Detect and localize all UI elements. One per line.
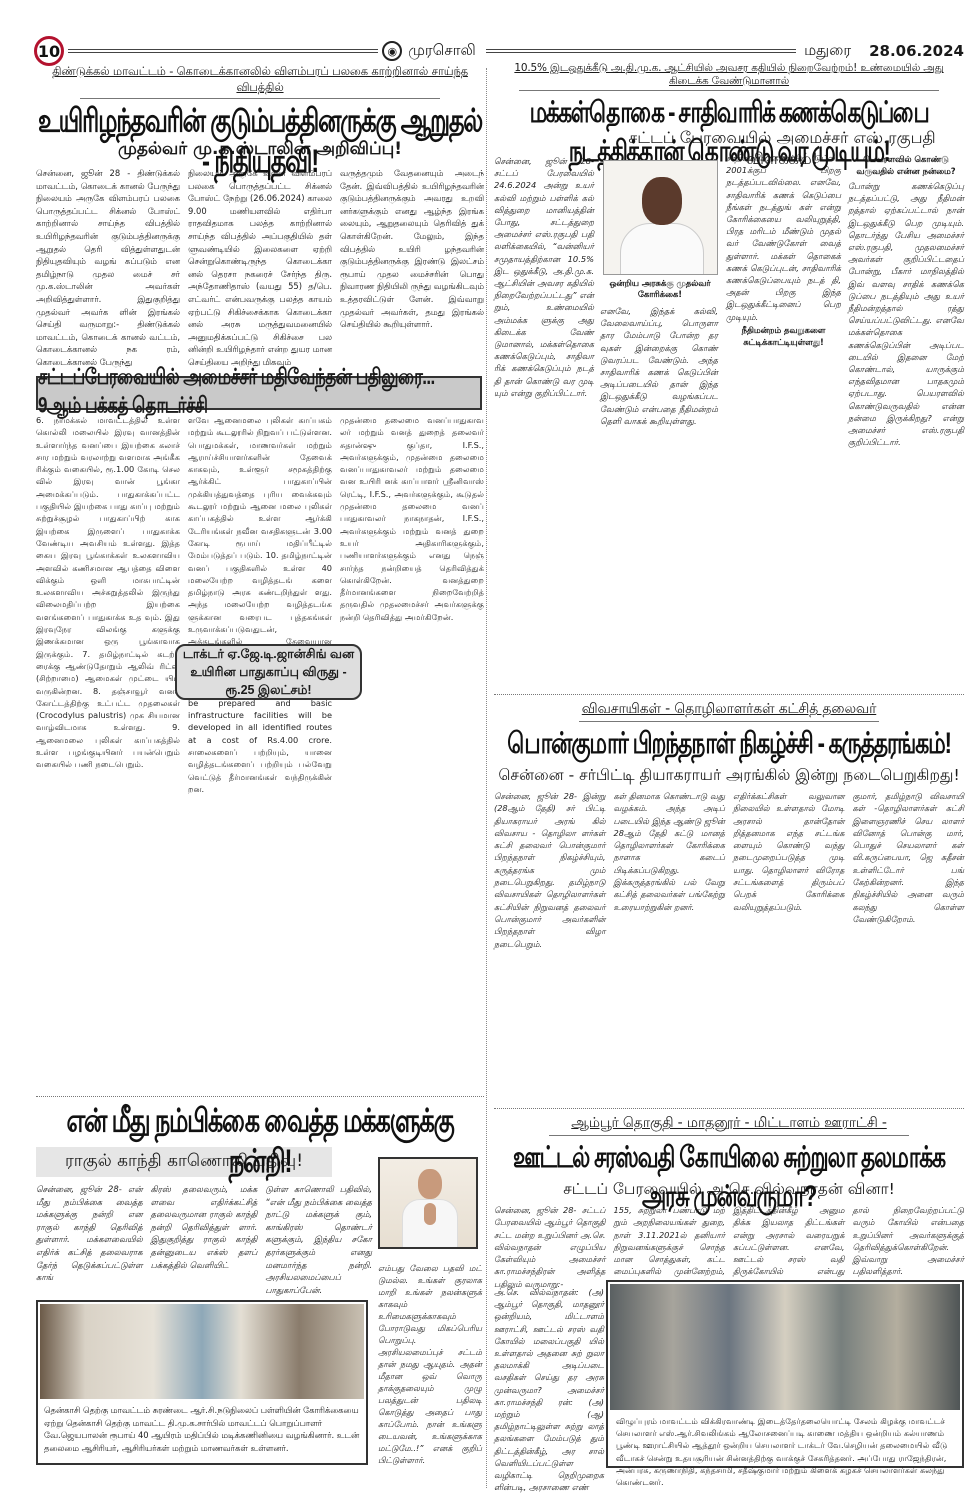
continuation-banner: சட்டப்பேரவையில் அமைச்சர் மதிவேந்தன் பதில… — [36, 376, 482, 410]
newspaper-page: 10 ◉ முரசொலி மதுரை 28.06.2024 திண்டுக்கல… — [0, 0, 972, 1500]
article-headline: ஊட்டல் சரஸ்வதி கோயிலை சுற்றுலா தலமாக்க அ… — [494, 1140, 964, 1183]
article-column: சென்னை, ஜூன் 28- சட்டப் பேரவையில் ஆம்பூர… — [494, 1204, 606, 1290]
photo-caption: ஒன்றிய அரசுக்கு முதல்வர் கோரிக்கை! — [604, 278, 716, 300]
article-column: 6. நாமக்கல் மாவட்டத்தில் உள்ள கொல்லி மலை… — [36, 414, 180, 795]
article-column: சாதிவாரிக் கணக்கெ டுப்பை 2001க்குப் பிறக… — [726, 152, 841, 323]
photo-caption: விழுப்புரம் மாவட்டம் விக்கிரவாண்டி இடைத்… — [608, 1412, 962, 1491]
article-column: முதன்மை தலைமை வனப்பாதுகாவ லர் மற்றும் வன… — [340, 414, 484, 795]
issue-date: 28.06.2024 — [869, 42, 964, 60]
article-column: போன்று கணக்கெடுப்பு நடத்தப்பட்டு, அது நீ… — [848, 180, 964, 448]
article-kicker: திண்டுக்கல் மாவட்டம் - கொடைக்கானலில் விள… — [36, 64, 484, 96]
article-body: 6. நாமக்கல் மாவட்டத்தில் உள்ள கொல்லி மலை… — [36, 414, 484, 795]
masthead-rule — [68, 49, 378, 53]
column-divider — [486, 68, 487, 1488]
divider — [494, 1108, 964, 1109]
article-kicker: 10.5% இடஒதுக்கீடு அ.தி.மு.க. ஆட்சியில் அ… — [494, 62, 964, 88]
article-column: டுள்ள காணொலி பதிவில், “என் மீது நம்பிக்க… — [265, 1183, 372, 1296]
article-column-block: எனவே, இந்தக் கல்வி, வேலைவாய்ப்பு, பொருளா… — [600, 305, 718, 427]
article-forest-department: 6. நாமக்கல் மாவட்டத்தில் உள்ள கொல்லி மலை… — [36, 414, 484, 795]
divider — [494, 694, 964, 695]
article-column: குமார், தமிழ்நாடு விவசாயி கள் -தொழிலாளர்… — [853, 790, 965, 950]
award-callout-box: டாக்டர் ஏ.ஜே.டி.ஜான்சிங் வன உயிரின பாதுக… — [175, 644, 362, 700]
minister-photo — [603, 160, 718, 275]
masthead-rule — [486, 49, 796, 53]
article-column: சென்னை, ஜூன் 28- இன்று (28ஆம் தேதி) சர் … — [494, 790, 606, 950]
news-photo — [610, 1284, 960, 1410]
article-column: அ.செ. வில்வநாதன்: (அ) ஆம்பூர் தொகுதி, மா… — [494, 1286, 604, 1493]
rahul-gandhi-photo — [378, 1157, 478, 1249]
article-kicker: விவசாயிகள் - தொழிலாளர்கள் கட்சித் தலைவர் — [494, 701, 964, 719]
inline-subheading: நீதிமன்றம் தவறுகளை சுட்டிக்காட்டியுள்ளது… — [726, 325, 841, 349]
article-column: தால் நிறைவேற்றப்பட்டு வரும் கோயில் என்பத… — [853, 1204, 965, 1290]
divider — [80, 98, 440, 99]
article-column: எம்பது வேலை பதவி மட் டுமல்ல. உங்கள் குரல… — [378, 1262, 482, 1466]
campaign-photo: விழுப்புரம் மாவட்டம் விக்கிரவாண்டி இடைத்… — [606, 1280, 964, 1468]
article-column: நிலையம் அருகே உள்ள விளம்பரப் பலகை பொருத்… — [188, 167, 332, 369]
article-column-block: அ.செ. வில்வநாதன்: (அ) ஆம்பூர் தொகுதி, மா… — [494, 1286, 604, 1493]
divider — [36, 1096, 484, 1097]
article-column-block: சாதிவாரிக் கணக்கெ டுப்பை 2001க்குப் பிறக… — [726, 152, 841, 351]
article-ponkumar: விவசாயிகள் - தொழிலாளர்கள் கட்சித் தலைவர்… — [494, 694, 964, 950]
article-body: சென்னை, ஜூன் 28 - திண்டுக்கல் மாவட்டம், … — [36, 167, 484, 369]
article-column: எதிர்க்கட்சிகள் வலுவான நிலையில் உள்ளதால்… — [733, 790, 845, 950]
article-side-column: எம்பது வேலை பதவி மட் டுமல்ல. உங்கள் குரல… — [378, 1262, 482, 1466]
article-headline: உயிரிழந்தவரின் குடும்பத்தினருக்கு ஆறுதல்… — [36, 103, 484, 146]
article-body: சென்னை, ஜூன் 28- இன்று (28ஆம் தேதி) சர் … — [494, 790, 964, 950]
photo-caption: தென்காசி தெற்கு மாவட்டம் சுரண்டை ஆர்.சி.… — [38, 1401, 366, 1457]
bull-emblem-icon: ◉ — [382, 41, 402, 61]
paper-name: முரசொலி — [408, 41, 476, 61]
article-headline: பொன்குமார் பிறந்தநாள் நிகழ்ச்சி - கருத்த… — [494, 726, 964, 769]
edition-name: மதுரை — [804, 41, 851, 61]
article-column: ளவே ஆனைமலை புலிகள் காப்பகம் மற்றும் கூடல… — [188, 414, 332, 795]
article-kodaikanal: திண்டுக்கல் மாவட்டம் - கொடைக்கானலில் விள… — [36, 62, 484, 369]
divider — [549, 1135, 909, 1136]
article-body: சென்னை, ஜூன் 28- என் மீது நம்பிக்கை வைத்… — [36, 1183, 372, 1296]
divider — [579, 721, 879, 722]
inline-subheading: பெயரளவில் கொண்டு வருவதில் என்ன நன்மை? — [848, 154, 964, 178]
article-caste-census: 10.5% இடஒதுக்கீடு அ.தி.மு.க. ஆட்சியில் அ… — [494, 62, 964, 125]
article-column-block: சென்னை, ஜூன் 28- சட்டப் பேரவையில் 24.6.2… — [494, 155, 594, 399]
article-kicker: ஆம்பூர் தொகுதி - மாதனூர் - மிட்டாளம் ஊரா… — [494, 1115, 964, 1133]
article-headline: என் மீது நம்பிக்கை வைத்த மக்களுக்கு நன்ற… — [36, 1103, 484, 1149]
article-ambur: ஆம்பூர் தொகுதி - மாதனூர் - மிட்டாளம் ஊரா… — [494, 1108, 964, 1290]
article-column: சென்னை, ஜூன் 28 - திண்டுக்கல் மாவட்டம், … — [36, 167, 180, 369]
article-column: கிரஸ் தலைவரும், மக்க ளவை எதிர்க்கட்சித் … — [151, 1183, 258, 1296]
article-column: எனவே, இந்தக் கல்வி, வேலைவாய்ப்பு, பொருளா… — [600, 305, 718, 427]
article-column-block: பெயரளவில் கொண்டு வருவதில் என்ன நன்மை? போ… — [848, 152, 964, 448]
article-column: வருத்தமும் வேதனையும் அடைந் தேன். இவ்விபத… — [340, 167, 484, 369]
news-photo — [40, 1304, 364, 1399]
article-column: சென்னை, ஜூன் 28- சட்டப் பேரவையில் 24.6.2… — [494, 155, 594, 399]
divider — [519, 90, 939, 91]
school-laptop-photo: தென்காசி தெற்கு மாவட்டம் சுரண்டை ஆர்.சி.… — [36, 1300, 368, 1465]
article-column: சென்னை, ஜூன் 28- என் மீது நம்பிக்கை வைத்… — [36, 1183, 143, 1296]
award-callout-text: டாக்டர் ஏ.ஜே.டி.ஜான்சிங் வன உயிரின பாதுக… — [181, 645, 356, 699]
article-column: கள் தினமாக கொண்டாடு வது வழக்கம். அந்த அட… — [614, 790, 726, 950]
